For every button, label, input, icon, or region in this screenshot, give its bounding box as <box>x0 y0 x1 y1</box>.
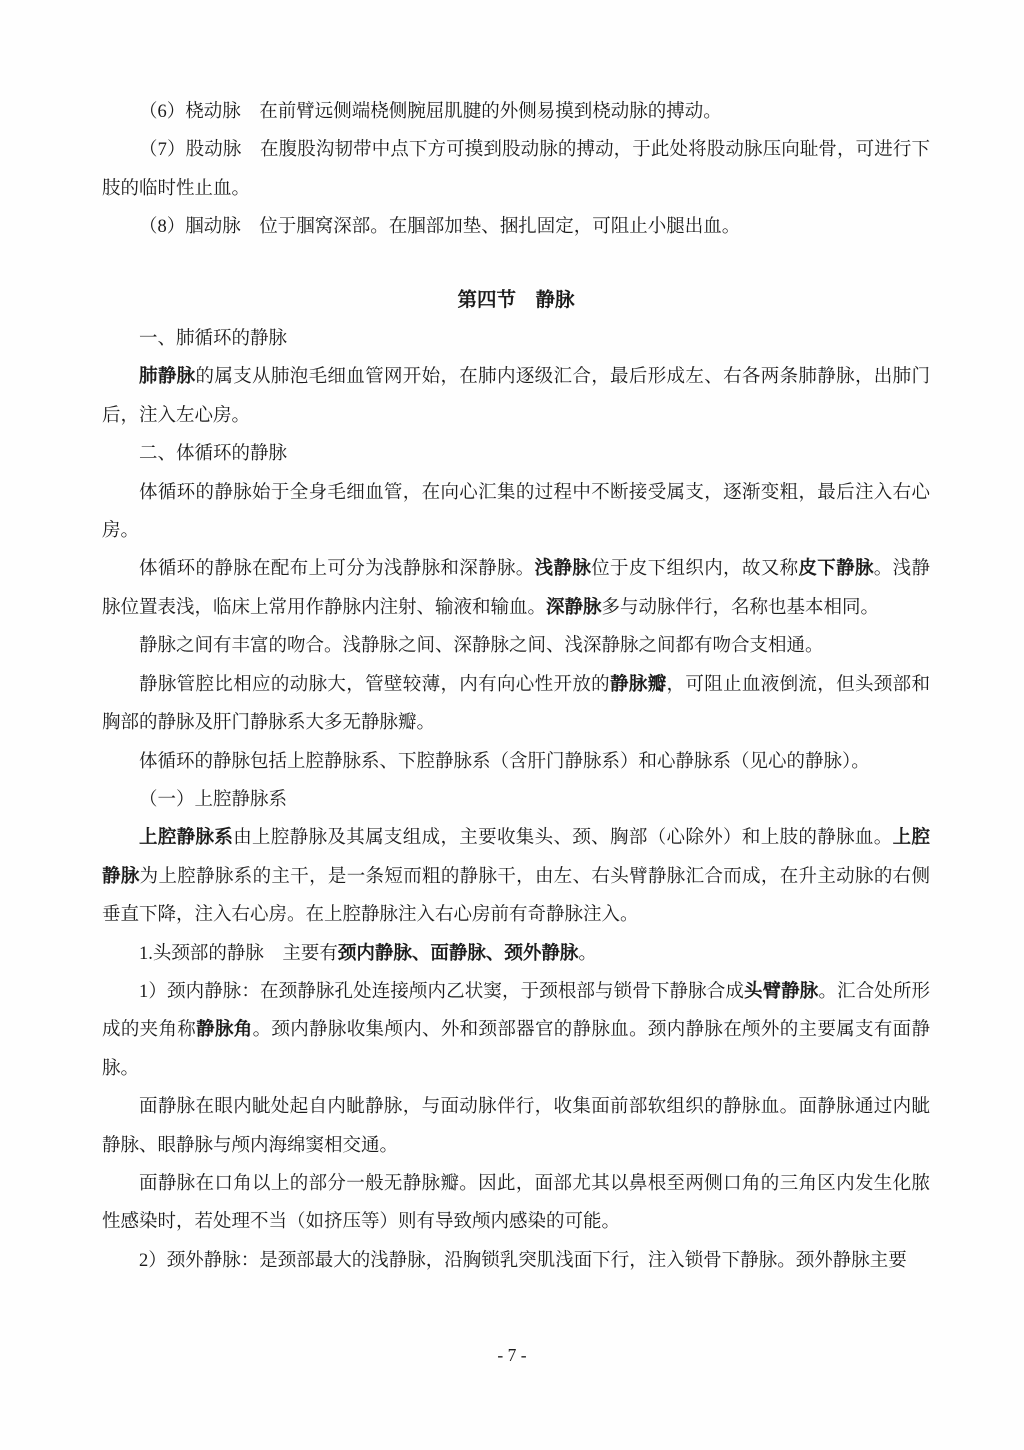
text-run: 多与动脉伴行，名称也基本相同。 <box>602 598 880 618</box>
text-run: 静脉管腔比相应的动脉大，管壁较薄，内有向心性开放的 <box>139 675 610 695</box>
text-run: 由上腔静脉及其属支组成，主要收集头、颈、胸部（心除外）和上肢的静脉血。 <box>233 828 892 848</box>
body-paragraph: （8）腘动脉 位于腘窝深部。在腘部加垫、捆扎固定，可阻止小腿出血。 <box>102 208 930 246</box>
bold-term: 上腔静脉系 <box>139 828 233 848</box>
text-run: （6）桡动脉 在前臂远侧端桡侧腕屈肌腱的外侧易摸到桡动脉的搏动。 <box>139 102 722 122</box>
text-run: 体循环的静脉在配布上可分为浅静脉和深静脉。 <box>139 559 535 579</box>
document-body: （6）桡动脉 在前臂远侧端桡侧腕屈肌腱的外侧易摸到桡动脉的搏动。（7）股动脉 在… <box>102 93 930 1280</box>
text-run: 面静脉在口角以上的部分一般无静脉瓣。因此，面部尤其以鼻根至两侧口角的三角区内发生… <box>102 1174 930 1232</box>
text-run: 体循环的静脉始于全身毛细血管，在向心汇集的过程中不断接受属支，逐渐变粗，最后注入… <box>102 483 930 541</box>
text-run: 位于皮下组织内，故又称 <box>591 559 798 579</box>
text-run: 体循环的静脉包括上腔静脉系、下腔静脉系（含肝门静脉系）和心静脉系（见心的静脉）。 <box>139 752 870 772</box>
body-paragraph: 面静脉在口角以上的部分一般无静脉瓣。因此，面部尤其以鼻根至两侧口角的三角区内发生… <box>102 1165 930 1242</box>
body-paragraph: 上腔静脉系由上腔静脉及其属支组成，主要收集头、颈、胸部（心除外）和上肢的静脉血。… <box>102 819 930 934</box>
text-run: 的属支从肺泡毛细血管网开始，在肺内逐级汇合，最后形成左、右各两条肺静脉，出肺门后… <box>102 367 930 425</box>
body-paragraph: 面静脉在眼内眦处起自内眦静脉，与面动脉伴行，收集面前部软组织的静脉血。面静脉通过… <box>102 1088 930 1165</box>
body-paragraph: 一、肺循环的静脉 <box>102 320 930 358</box>
text-run: 二、体循环的静脉 <box>139 444 287 464</box>
text-run: （8）腘动脉 位于腘窝深部。在腘部加垫、捆扎固定，可阻止小腿出血。 <box>139 217 740 237</box>
text-run: （7）股动脉 在腹股沟韧带中点下方可摸到股动脉的搏动，于此处将股动脉压向耻骨，可… <box>102 140 930 198</box>
section-heading: 第四节 静脉 <box>102 282 930 320</box>
body-paragraph: 静脉管腔比相应的动脉大，管壁较薄，内有向心性开放的静脉瓣，可阻止血液倒流，但头颈… <box>102 666 930 743</box>
bold-term: 颈内静脉、面静脉、颈外静脉 <box>338 944 579 964</box>
body-paragraph: 2）颈外静脉：是颈部最大的浅静脉，沿胸锁乳突肌浅面下行，注入锁骨下静脉。颈外静脉… <box>102 1242 930 1280</box>
bold-term: 静脉瓣 <box>610 675 667 695</box>
text-run: 面静脉在眼内眦处起自内眦静脉，与面动脉伴行，收集面前部软组织的静脉血。面静脉通过… <box>102 1097 930 1155</box>
bold-term: 头臂静脉 <box>744 982 818 1002</box>
document-page: （6）桡动脉 在前臂远侧端桡侧腕屈肌腱的外侧易摸到桡动脉的搏动。（7）股动脉 在… <box>0 0 1024 1450</box>
bold-term: 肺静脉 <box>139 367 196 387</box>
text-run: 1）颈内静脉：在颈静脉孔处连接颅内乙状窦，于颈根部与锁骨下静脉合成 <box>139 982 744 1002</box>
text-run: 1.头颈部的静脉 主要有 <box>139 944 338 964</box>
bold-term: 静脉角 <box>196 1020 252 1040</box>
body-paragraph: （7）股动脉 在腹股沟韧带中点下方可摸到股动脉的搏动，于此处将股动脉压向耻骨，可… <box>102 131 930 208</box>
body-paragraph: 体循环的静脉在配布上可分为浅静脉和深静脉。浅静脉位于皮下组织内，故又称皮下静脉。… <box>102 550 930 627</box>
body-paragraph: 体循环的静脉包括上腔静脉系、下腔静脉系（含肝门静脉系）和心静脉系（见心的静脉）。 <box>102 743 930 781</box>
text-run: 2）颈外静脉：是颈部最大的浅静脉，沿胸锁乳突肌浅面下行，注入锁骨下静脉。颈外静脉… <box>139 1251 907 1271</box>
body-paragraph: （一）上腔静脉系 <box>102 781 930 819</box>
body-paragraph: 二、体循环的静脉 <box>102 435 930 473</box>
bold-term: 皮下静脉 <box>798 559 873 579</box>
body-paragraph: 1）颈内静脉：在颈静脉孔处连接颅内乙状窦，于颈根部与锁骨下静脉合成头臂静脉。汇合… <box>102 973 930 1088</box>
bold-term: 第四节 静脉 <box>457 290 574 311</box>
text-run: 。 <box>578 944 597 964</box>
text-run: （一）上腔静脉系 <box>139 790 287 810</box>
bold-term: 浅静脉 <box>535 559 592 579</box>
text-run: 静脉之间有丰富的吻合。浅静脉之间、深静脉之间、浅深静脉之间都有吻合支相通。 <box>139 636 824 656</box>
text-run: 一、肺循环的静脉 <box>139 329 287 349</box>
page-number: - 7 - <box>0 1340 1024 1370</box>
bold-term: 深静脉 <box>546 598 602 618</box>
text-run: 为上腔静脉系的主干，是一条短而粗的静脉干，由左、右头臂静脉汇合而成，在升主动脉的… <box>102 867 930 925</box>
body-paragraph: 1.头颈部的静脉 主要有颈内静脉、面静脉、颈外静脉。 <box>102 935 930 973</box>
body-paragraph: 肺静脉的属支从肺泡毛细血管网开始，在肺内逐级汇合，最后形成左、右各两条肺静脉，出… <box>102 358 930 435</box>
body-paragraph: 静脉之间有丰富的吻合。浅静脉之间、深静脉之间、浅深静脉之间都有吻合支相通。 <box>102 627 930 665</box>
body-paragraph: （6）桡动脉 在前臂远侧端桡侧腕屈肌腱的外侧易摸到桡动脉的搏动。 <box>102 93 930 131</box>
body-paragraph: 体循环的静脉始于全身毛细血管，在向心汇集的过程中不断接受属支，逐渐变粗，最后注入… <box>102 474 930 551</box>
